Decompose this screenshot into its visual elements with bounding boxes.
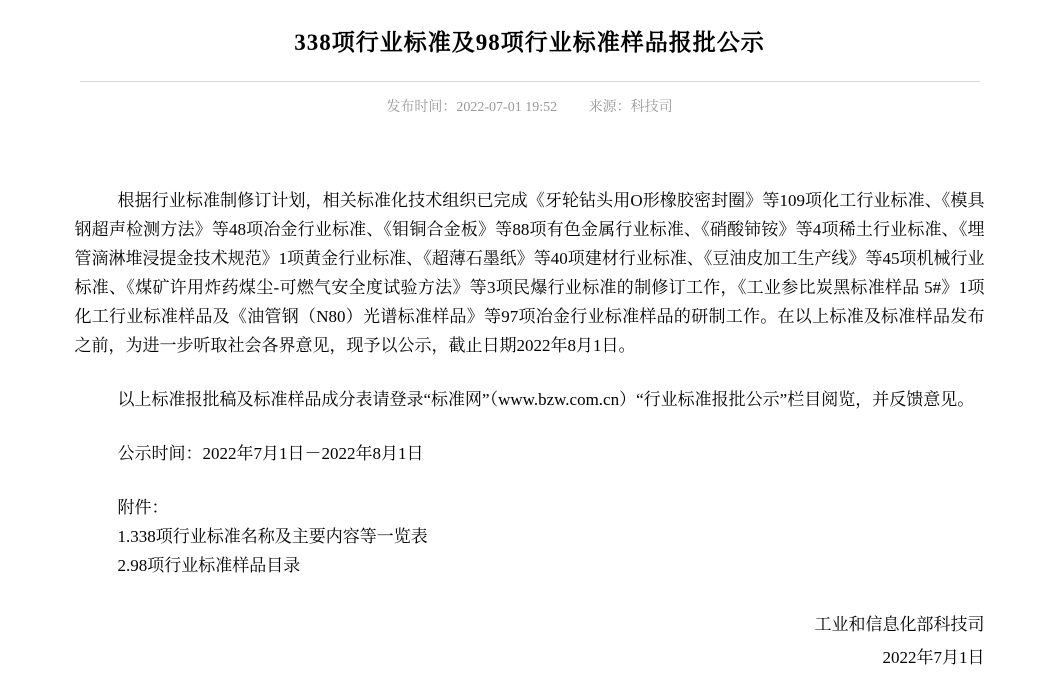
announcement-body: 根据行业标准制修订计划，相关标准化技术组织已完成《牙轮钻头用O形橡胶密封圈》等1… <box>75 116 985 674</box>
paragraph-website: 以上标准报批稿及标准样品成分表请登录“标准网”（www.bzw.com.cn）“… <box>75 385 985 414</box>
source-value: 科技司 <box>631 100 673 115</box>
meta-row: 发布时间：2022-07-01 19:52 来源：科技司 <box>0 96 1059 116</box>
attachment-item-1: 1.338项行业标准名称及主要内容等一览表 <box>75 522 985 551</box>
footer-department: 工业和信息化部科技司 <box>75 608 985 641</box>
attachment-item-2: 2.98项行业标准样品目录 <box>75 551 985 580</box>
page-title: 338项行业标准及98项行业标准样品报批公示 <box>0 0 1059 57</box>
source-group: 来源：科技司 <box>589 100 673 115</box>
publish-time-value: 2022-07-01 19:52 <box>456 100 557 115</box>
paragraph-main: 根据行业标准制修订计划，相关标准化技术组织已完成《牙轮钻头用O形橡胶密封圈》等1… <box>75 186 985 360</box>
announcement-page: 338项行业标准及98项行业标准样品报批公示 发布时间：2022-07-01 1… <box>0 0 1059 683</box>
publish-time-label: 发布时间： <box>386 100 456 115</box>
footer-date: 2022年7月1日 <box>75 641 985 674</box>
attachments-label: 附件： <box>75 493 985 522</box>
source-label: 来源： <box>589 100 631 115</box>
paragraph-notice-period: 公示时间：2022年7月1日－2022年8月1日 <box>75 439 985 468</box>
signature-block: 工业和信息化部科技司 2022年7月1日 <box>75 608 985 674</box>
attachments-block: 附件： 1.338项行业标准名称及主要内容等一览表 2.98项行业标准样品目录 <box>75 493 985 580</box>
title-divider <box>80 81 980 82</box>
